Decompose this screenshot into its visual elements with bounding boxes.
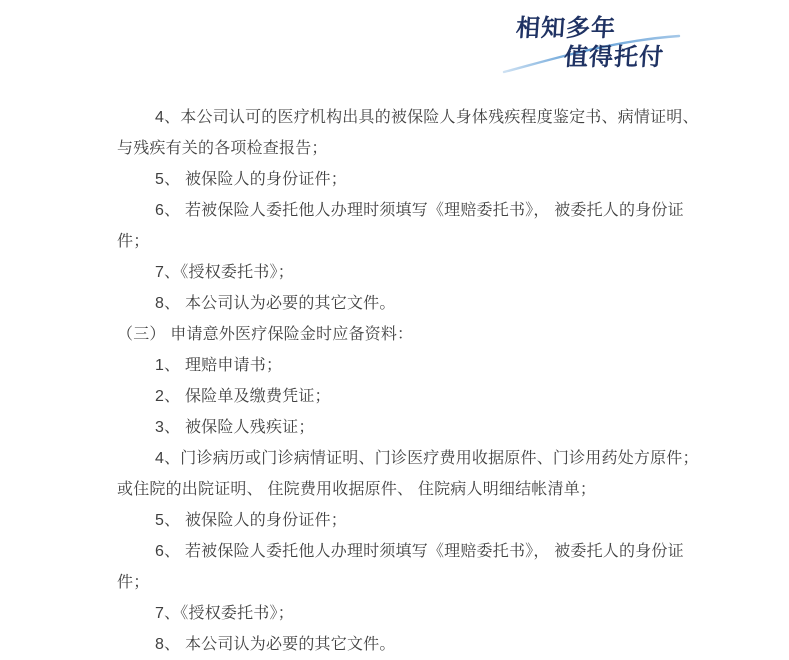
document-page: 相知多年 值得托付 4、本公司认可的医疗机构出具的被保险人身体残疾程度鉴定书、病… — [0, 0, 789, 660]
text-line: 1、 理赔申请书； — [117, 350, 717, 381]
text-line: 8、 本公司认为必要的其它文件。 — [117, 288, 717, 319]
brand-slogan: 相知多年 值得托付 — [498, 8, 688, 80]
text-line: 4、门诊病历或门诊病情证明、门诊医疗费用收据原件、门诊用药处方原件； — [117, 443, 717, 474]
text-line: 6、 若被保险人委托他人办理时须填写《理赔委托书》， 被委托人的身份证 — [117, 536, 717, 567]
text-line: 7、《授权委托书》； — [117, 257, 717, 288]
text-line: 件； — [117, 226, 717, 257]
document-body: 4、本公司认可的医疗机构出具的被保险人身体残疾程度鉴定书、病情证明、与残疾有关的… — [117, 102, 717, 660]
slogan-line-1: 相知多年 — [515, 15, 617, 41]
text-line: 件； — [117, 567, 717, 598]
text-line: 3、 被保险人残疾证； — [117, 412, 717, 443]
text-line: 或住院的出院证明、 住院费用收据原件、 住院病人明细结帐清单； — [117, 474, 717, 505]
text-line: 4、本公司认可的医疗机构出具的被保险人身体残疾程度鉴定书、病情证明、 — [117, 102, 717, 133]
slogan-line-2: 值得托付 — [563, 44, 665, 70]
text-line: 7、《授权委托书》； — [117, 598, 717, 629]
text-line: 8、 本公司认为必要的其它文件。 — [117, 629, 717, 660]
text-line: 与残疾有关的各项检查报告； — [117, 133, 717, 164]
text-line: 5、 被保险人的身份证件； — [117, 164, 717, 195]
text-line: （三） 申请意外医疗保险金时应备资料： — [117, 319, 717, 350]
text-line: 5、 被保险人的身份证件； — [117, 505, 717, 536]
text-line: 2、 保险单及缴费凭证； — [117, 381, 717, 412]
text-line: 6、 若被保险人委托他人办理时须填写《理赔委托书》， 被委托人的身份证 — [117, 195, 717, 226]
